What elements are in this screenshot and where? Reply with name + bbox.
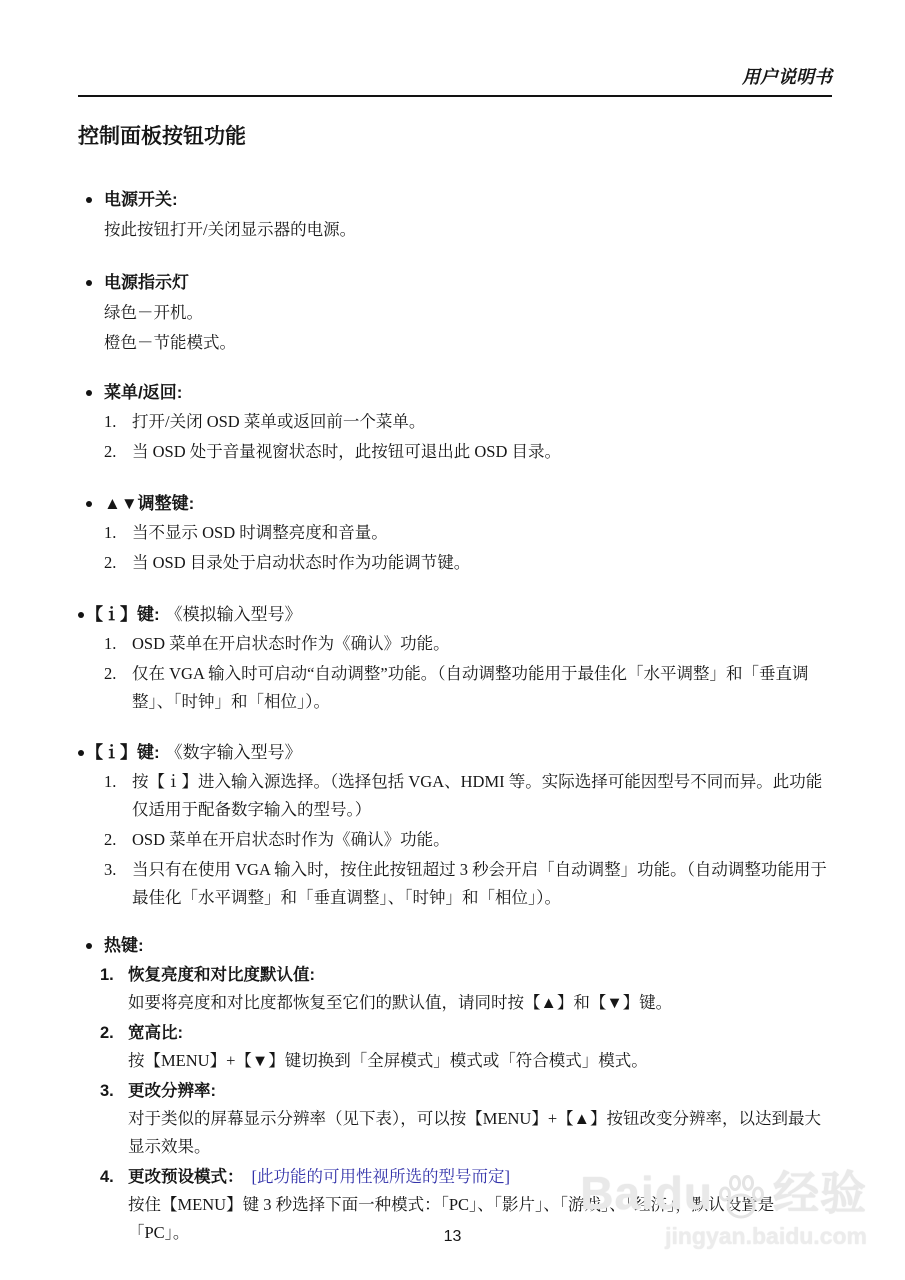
section-text: 橙色－节能模式。 xyxy=(104,329,835,356)
list-item-number: 2. xyxy=(104,660,132,716)
section-heading: 电源开关: xyxy=(104,187,178,213)
watermark-brand-latin: Baidu xyxy=(580,1168,713,1218)
section-adjust-keys: ▲▼调整键: 1. 当不显示 OSD 时调整亮度和音量。 2. 当 OSD 目录… xyxy=(78,491,835,577)
list-item-number: 2. xyxy=(104,549,132,577)
watermark: Baidu 经验 jingyan.baidu.com xyxy=(580,1168,867,1250)
section-heading-row: 【ｉ】键: 《模拟输入型号》 xyxy=(78,602,835,628)
hotkey-body: 对于类似的屏幕显示分辨率（见下表），可以按【MENU】+【▲】按钮改变分辨率，以… xyxy=(128,1105,828,1161)
list-item-text: 当不显示 OSD 时调整亮度和音量。 xyxy=(132,519,835,547)
list-item-text: 当 OSD 目录处于启动状态时作为功能调节键。 xyxy=(132,549,835,577)
hotkey-item: 1. 恢复亮度和对比度默认值: 如要将亮度和对比度都恢复至它们的默认值，请同时按… xyxy=(78,961,835,1017)
page-header-title: 用户说明书 xyxy=(78,66,832,88)
list-item-text: 打开/关闭 OSD 菜单或返回前一个菜单。 xyxy=(132,408,835,436)
section-heading: 热键: xyxy=(104,933,144,959)
section-heading-row: 【ｉ】键: 《数字输入型号》 xyxy=(78,740,835,766)
bullet-dot xyxy=(78,612,84,618)
section-menu-back: 菜单/返回: 1. 打开/关闭 OSD 菜单或返回前一个菜单。 2. 当 OSD… xyxy=(78,380,835,466)
list-item: 1. 当不显示 OSD 时调整亮度和音量。 xyxy=(104,519,835,547)
list-item: 2. 仅在 VGA 输入时可启动“自动调整”功能。（自动调整功能用于最佳化「水平… xyxy=(104,660,835,716)
section-heading-row: 电源指示灯 xyxy=(78,270,835,296)
bullet-dot xyxy=(78,750,84,756)
list-item-text: 按【ｉ】进入输入源选择。（选择包括 VGA、HDMI 等。实际选择可能因型号不同… xyxy=(132,768,835,824)
list-item: 2. OSD 菜单在开启状态时作为《确认》功能。 xyxy=(104,826,835,854)
list-item: 2. 当 OSD 处于音量视窗状态时，此按钮可退出此 OSD 目录。 xyxy=(104,438,835,466)
list-item-number: 2. xyxy=(100,1019,128,1047)
hotkey-title: 恢复亮度和对比度默认值: xyxy=(128,961,315,989)
hotkey-title-row: 3. 更改分辨率: xyxy=(100,1077,835,1105)
list-item: 1. 打开/关闭 OSD 菜单或返回前一个菜单。 xyxy=(104,408,835,436)
section-heading: 菜单/返回: xyxy=(104,380,182,406)
section-heading: 【ｉ】键: xyxy=(86,740,160,766)
list-item-text: 仅在 VGA 输入时可启动“自动调整”功能。（自动调整功能用于最佳化「水平调整」… xyxy=(132,660,835,716)
section-power-led: 电源指示灯 绿色－开机。 橙色－节能模式。 xyxy=(78,270,835,356)
hotkey-body: 如要将亮度和对比度都恢复至它们的默认值，请同时按【▲】和【▼】键。 xyxy=(128,989,828,1017)
section-heading: ▲▼调整键: xyxy=(104,491,194,517)
section-i-key-digital: 【ｉ】键: 《数字输入型号》 1. 按【ｉ】进入输入源选择。（选择包括 VGA、… xyxy=(78,740,835,912)
section-heading-subtitle: 《数字输入型号》 xyxy=(166,740,302,766)
list-item-text: OSD 菜单在开启状态时作为《确认》功能。 xyxy=(132,826,835,854)
header-divider xyxy=(78,95,832,97)
hotkey-availability-note: [此功能的可用性视所选的型号而定] xyxy=(252,1163,511,1191)
list-item-number: 1. xyxy=(104,519,132,547)
list-item-number: 3. xyxy=(100,1077,128,1105)
list-item: 2. 当 OSD 目录处于启动状态时作为功能调节键。 xyxy=(104,549,835,577)
section-heading-subtitle: 《模拟输入型号》 xyxy=(166,602,302,628)
bullet-dot xyxy=(86,197,92,203)
hotkey-title-row: 1. 恢复亮度和对比度默认值: xyxy=(100,961,835,989)
section-heading-row: 电源开关: xyxy=(78,187,835,213)
section-heading: 电源指示灯 xyxy=(104,270,189,296)
watermark-brand-cn: 经验 xyxy=(773,1168,867,1218)
watermark-brand-row: Baidu 经验 xyxy=(580,1168,867,1218)
list-item: 1. 按【ｉ】进入输入源选择。（选择包括 VGA、HDMI 等。实际选择可能因型… xyxy=(104,768,835,824)
list-item-number: 4. xyxy=(100,1163,128,1191)
list-item-text: 当只有在使用 VGA 输入时，按住此按钮超过 3 秒会开启「自动调整」功能。（自… xyxy=(132,856,835,912)
bullet-dot xyxy=(86,501,92,507)
section-heading-row: 热键: xyxy=(78,933,835,959)
hotkey-item: 3. 更改分辨率: 对于类似的屏幕显示分辨率（见下表），可以按【MENU】+【▲… xyxy=(78,1077,835,1161)
section-text: 按此按钮打开/关闭显示器的电源。 xyxy=(104,216,835,243)
list-item-number: 1. xyxy=(104,768,132,824)
hotkey-item: 2. 宽高比: 按【MENU】+【▼】键切换到「全屏模式」模式或「符合模式」模式… xyxy=(78,1019,835,1075)
hotkey-title: 更改预设模式： xyxy=(128,1163,244,1191)
hotkey-body: 按【MENU】+【▼】键切换到「全屏模式」模式或「符合模式」模式。 xyxy=(128,1047,828,1075)
list-item-number: 1. xyxy=(100,961,128,989)
list-item-text: 当 OSD 处于音量视窗状态时，此按钮可退出此 OSD 目录。 xyxy=(132,438,835,466)
section-power-switch: 电源开关: 按此按钮打开/关闭显示器的电源。 xyxy=(78,187,835,243)
list-item-number: 3. xyxy=(104,856,132,912)
list-item-text: OSD 菜单在开启状态时作为《确认》功能。 xyxy=(132,630,835,658)
section-text: 绿色－开机。 xyxy=(104,299,835,326)
page-title: 控制面板按钮功能 xyxy=(78,123,905,151)
list-item-number: 1. xyxy=(104,408,132,436)
list-item: 1. OSD 菜单在开启状态时作为《确认》功能。 xyxy=(104,630,835,658)
watermark-url: jingyan.baidu.com xyxy=(580,1222,867,1250)
list-item-number: 1. xyxy=(104,630,132,658)
hotkey-title-row: 2. 宽高比: xyxy=(100,1019,835,1047)
manual-page: 用户说明书 控制面板按钮功能 电源开关: 按此按钮打开/关闭显示器的电源。 电源… xyxy=(0,0,905,1280)
hotkey-title: 更改分辨率: xyxy=(128,1077,216,1105)
list-item-number: 2. xyxy=(104,826,132,854)
hotkey-title: 宽高比: xyxy=(128,1019,183,1047)
list-item-number: 2. xyxy=(104,438,132,466)
section-heading-row: ▲▼调整键: xyxy=(78,491,835,517)
bullet-dot xyxy=(86,280,92,286)
bullet-dot xyxy=(86,943,92,949)
bullet-dot xyxy=(86,390,92,396)
section-heading: 【ｉ】键: xyxy=(86,602,160,628)
list-item: 3. 当只有在使用 VGA 输入时，按住此按钮超过 3 秒会开启「自动调整」功能… xyxy=(104,856,835,912)
section-i-key-analog: 【ｉ】键: 《模拟输入型号》 1. OSD 菜单在开启状态时作为《确认》功能。 … xyxy=(78,602,835,716)
section-heading-row: 菜单/返回: xyxy=(78,380,835,406)
